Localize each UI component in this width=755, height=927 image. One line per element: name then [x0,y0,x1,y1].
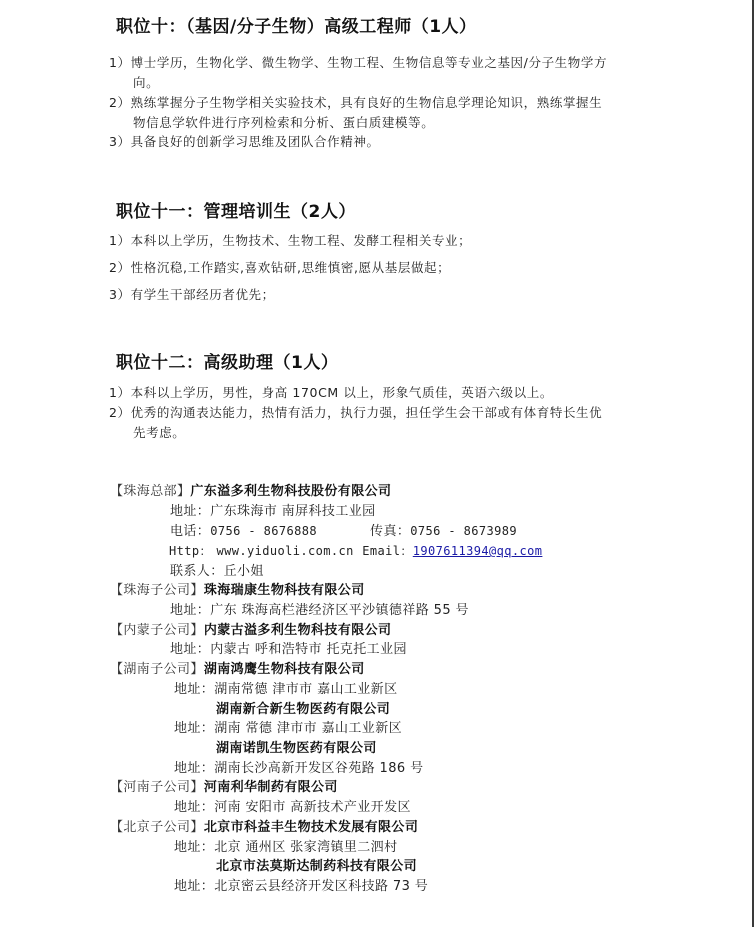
subsidiary-name-line: 北京市法莫斯达制药科技有限公司 [216,857,417,876]
position-12-title: 职位十二：高级助理（1人） [116,352,338,374]
address-value: 内蒙古 呼和浩特市 托克托工业园 [210,642,407,657]
address-value: 湖南长沙高新开发区谷苑路 186 号 [214,761,423,776]
subsidiary-label: 【北京子公司】 [110,820,204,835]
position-12-item-2: 2）优秀的沟通表达能力，热情有活力，执行力强，担任学生会干部或有体育特长生优 [109,403,602,422]
contact-label: 联系人： [170,564,224,579]
hq-web-email: Http： www.yiduoli.com.cn Email：190761139… [169,542,542,561]
subsidiary-name-line: 湖南新合新生物医药有限公司 [216,700,390,719]
item-number: 3） [109,134,131,149]
position-10-item-2: 2）熟练掌握分子生物学相关实验技术，具有良好的生物信息学理论知识，熟练掌握生 [109,93,602,112]
item-number: 2） [109,260,131,275]
subsidiary-address: 地址：河南 安阳市 高新技术产业开发区 [174,798,411,817]
subsidiary-name: 河南利华制药有限公司 [204,780,338,795]
subsidiary-label: 【内蒙子公司】 [110,623,204,638]
subsidiary-header: 【珠海子公司】珠海瑞康生物科技有限公司 [110,581,365,600]
address-value: 广东珠海市 南屏科技工业园 [210,504,375,519]
subsidiary-address: 地址：内蒙古 呼和浩特市 托克托工业园 [170,640,407,659]
position-11-item-3: 3）有学生干部经历者优先； [109,285,275,304]
item-text: 熟练掌握分子生物学相关实验技术，具有良好的生物信息学理论知识，熟练掌握生 [131,95,603,110]
address-value: 湖南 常德 津市市 嘉山工业新区 [214,721,402,736]
hq-header: 【珠海总部】广东溢多利生物科技股份有限公司 [110,482,391,501]
subsidiary-address: 地址：湖南长沙高新开发区谷苑路 186 号 [174,759,423,778]
position-10-item-1-cont: 向。 [133,73,159,92]
subsidiary-address: 地址：北京 通州区 张家湾镇里二泗村 [174,838,397,857]
subsidiary-header: 【湖南子公司】湖南鸿鹰生物科技有限公司 [110,660,365,679]
item-text: 本科以上学历，男性，身高 170CM 以上，形象气质佳，英语六级以上。 [131,385,553,400]
item-text: 具备良好的创新学习思维及团队合作精神。 [131,134,380,149]
phone-label: 电话： [170,524,210,539]
position-10-item-2-cont: 物信息学软件进行序列检索和分析、蛋白质建模等。 [133,113,434,132]
subsidiary-name: 湖南鸿鹰生物科技有限公司 [204,662,365,677]
hq-phone-fax: 电话：0756 - 8676888 传真：0756 - 8673989 [170,522,517,541]
address-label: 地址： [174,682,214,697]
subsidiary-name-line: 湖南诺凯生物医药有限公司 [216,739,377,758]
item-number: 3） [109,287,131,302]
subsidiary-label: 【河南子公司】 [110,780,204,795]
subsidiary-name: 北京市法莫斯达制药科技有限公司 [216,859,417,874]
address-value: 河南 安阳市 高新技术产业开发区 [214,800,411,815]
subsidiary-name: 珠海瑞康生物科技有限公司 [204,583,365,598]
fax-value: 0756 - 8673989 [410,524,517,538]
address-label: 地址： [174,721,214,736]
item-text: 本科以上学历，生物技术、生物工程、发酵工程相关专业； [131,233,472,248]
subsidiary-name: 湖南诺凯生物医药有限公司 [216,741,377,756]
address-label: 地址： [174,800,214,815]
item-text: 博士学历，生物化学、微生物学、生物工程、生物信息等专业之基因/分子生物学方 [131,55,607,70]
position-11-item-2: 2）性格沉稳,工作踏实,喜欢钻研,思维慎密,愿从基层做起； [109,258,450,277]
subsidiary-header: 【内蒙子公司】内蒙古溢多利生物科技有限公司 [110,621,391,640]
address-value: 北京 通州区 张家湾镇里二泗村 [214,840,397,855]
email-link[interactable]: 1907611394@qq.com [413,544,543,558]
position-10-item-1: 1）博士学历，生物化学、微生物学、生物工程、生物信息等专业之基因/分子生物学方 [109,53,607,72]
subsidiary-header: 【北京子公司】北京市科益丰生物技术发展有限公司 [110,818,418,837]
item-number: 2） [109,95,131,110]
item-text: 有学生干部经历者优先； [131,287,275,302]
position-12-item-2-cont: 先考虑。 [133,423,185,442]
hq-label: 【珠海总部】 [110,484,190,499]
item-text: 优秀的沟通表达能力，热情有活力，执行力强，担任学生会干部或有体育特长生优 [131,405,603,420]
address-label: 地址： [174,761,214,776]
subsidiary-header: 【河南子公司】河南利华制药有限公司 [110,778,338,797]
subsidiary-label: 【珠海子公司】 [110,583,204,598]
hq-address: 地址：广东珠海市 南屏科技工业园 [170,502,376,521]
position-11-item-1: 1）本科以上学历，生物技术、生物工程、发酵工程相关专业； [109,231,471,250]
phone-value: 0756 - 8676888 [210,524,317,538]
subsidiary-address: 地址：湖南 常德 津市市 嘉山工业新区 [174,719,402,738]
hq-company-name: 广东溢多利生物科技股份有限公司 [190,484,391,499]
address-value: 北京密云县经济开发区科技路 73 号 [214,879,428,894]
hq-contact-person: 联系人：丘小姐 [170,562,264,581]
position-10-item-3: 3）具备良好的创新学习思维及团队合作精神。 [109,132,380,151]
website-value: www.yiduoli.com.cn [216,544,353,558]
item-number: 1） [109,55,131,70]
address-label: 地址： [170,642,210,657]
item-text: 性格沉稳,工作踏实,喜欢钻研,思维慎密,愿从基层做起； [131,260,451,275]
page-right-border [752,0,754,927]
address-label: 地址： [170,504,210,519]
position-10-title: 职位十：（基因/分子生物）高级工程师（1人） [116,16,477,38]
subsidiary-label: 【湖南子公司】 [110,662,204,677]
subsidiary-address: 地址：北京密云县经济开发区科技路 73 号 [174,877,428,896]
subsidiary-name: 湖南新合新生物医药有限公司 [216,702,390,717]
address-value: 广东 珠海高栏港经济区平沙镇德祥路 55 号 [210,603,469,618]
position-11-title: 职位十一：管理培训生（2人） [116,201,356,223]
subsidiary-name: 北京市科益丰生物技术发展有限公司 [204,820,418,835]
address-label: 地址： [170,603,210,618]
contact-value: 丘小姐 [224,564,264,579]
position-12-item-1: 1）本科以上学历，男性，身高 170CM 以上，形象气质佳，英语六级以上。 [109,383,553,402]
address-label: 地址： [174,879,214,894]
item-number: 1） [109,233,131,248]
subsidiary-address: 地址：湖南常德 津市市 嘉山工业新区 [174,680,397,699]
subsidiary-name: 内蒙古溢多利生物科技有限公司 [204,623,392,638]
address-label: 地址： [174,840,214,855]
fax-label: 传真： [370,524,410,539]
email-label: Email： [362,544,413,558]
subsidiary-address: 地址：广东 珠海高栏港经济区平沙镇德祥路 55 号 [170,601,469,620]
item-number: 2） [109,405,131,420]
address-value: 湖南常德 津市市 嘉山工业新区 [214,682,397,697]
item-number: 1） [109,385,131,400]
http-label: Http： [169,544,212,558]
